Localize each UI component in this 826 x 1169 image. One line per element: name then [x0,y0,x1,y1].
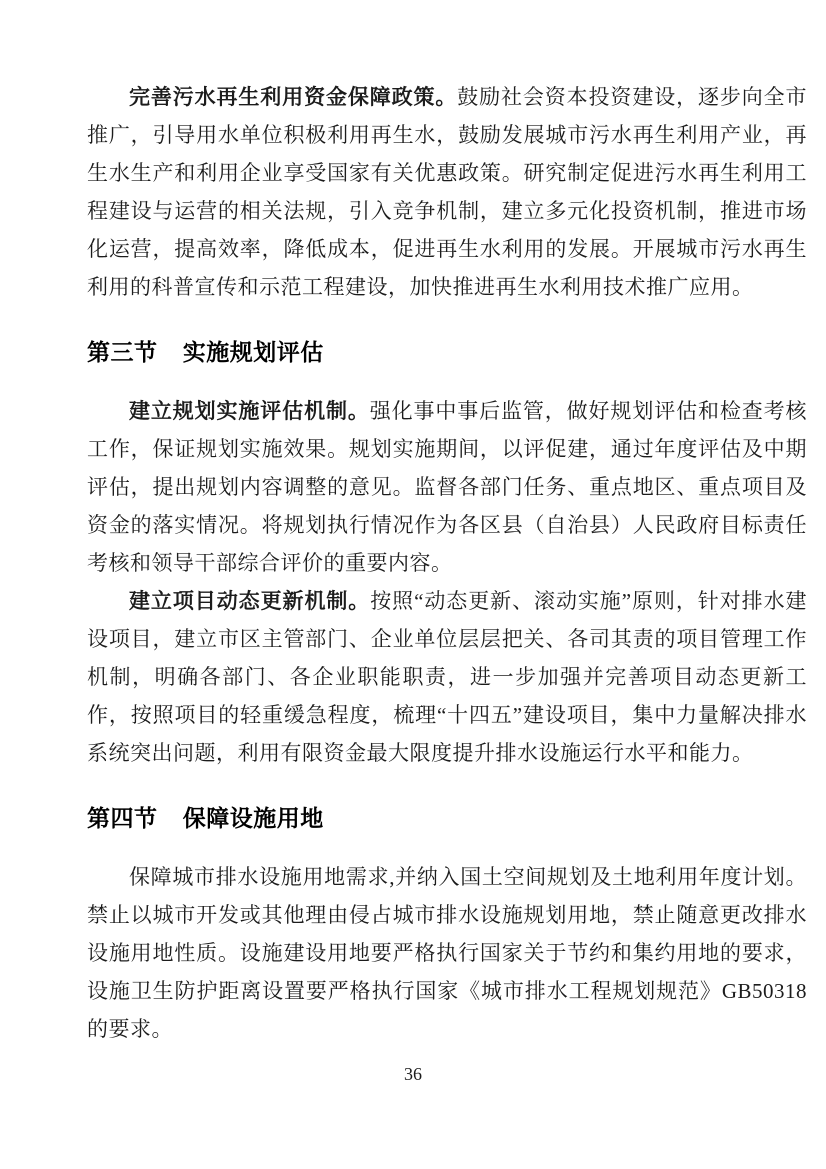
section-heading-title: 保障设施用地 [183,805,324,831]
paragraph: 建立规划实施评估机制。强化事中事后监管，做好规划评估和检查考核工作，保证规划实施… [87,392,807,582]
section-heading-number: 第三节 [87,339,158,365]
document-content: 完善污水再生利用资金保障政策。鼓励社会资本投资建设，逐步向全市推广，引导用水单位… [87,78,807,1048]
section-heading-number: 第四节 [87,805,158,831]
paragraph-lead: 建立规划实施评估机制。 [129,399,370,423]
section-heading-title: 实施规划评估 [183,339,324,365]
paragraph-body: 鼓励社会资本投资建设，逐步向全市推广，引导用水单位积极利用再生水，鼓励发展城市污… [87,85,807,299]
section-heading-4: 第四节保障设施用地 [87,802,807,834]
paragraph: 保障城市排水设施用地需求,并纳入国土空间规划及土地利用年度计划。禁止以城市开发或… [87,858,807,1048]
page-number: 36 [404,1064,422,1084]
paragraph-body: 保障城市排水设施用地需求,并纳入国土空间规划及土地利用年度计划。禁止以城市开发或… [87,865,807,1041]
paragraph-lead: 建立项目动态更新机制。 [129,589,370,613]
paragraph: 建立项目动态更新机制。按照“动态更新、滚动实施”原则，针对排水建设项目，建立市区… [87,582,807,772]
section-heading-3: 第三节实施规划评估 [87,336,807,368]
document-page: 完善污水再生利用资金保障政策。鼓励社会资本投资建设，逐步向全市推广，引导用水单位… [0,0,826,1169]
page-footer: 36 [0,1062,826,1086]
paragraph-body: 强化事中事后监管，做好规划评估和检查考核工作，保证规划实施效果。规划实施期间，以… [87,399,807,575]
paragraph-body: 按照“动态更新、滚动实施”原则，针对排水建设项目，建立市区主管部门、企业单位层层… [87,589,807,765]
paragraph-lead: 完善污水再生利用资金保障政策。 [129,85,457,109]
paragraph: 完善污水再生利用资金保障政策。鼓励社会资本投资建设，逐步向全市推广，引导用水单位… [87,78,807,306]
